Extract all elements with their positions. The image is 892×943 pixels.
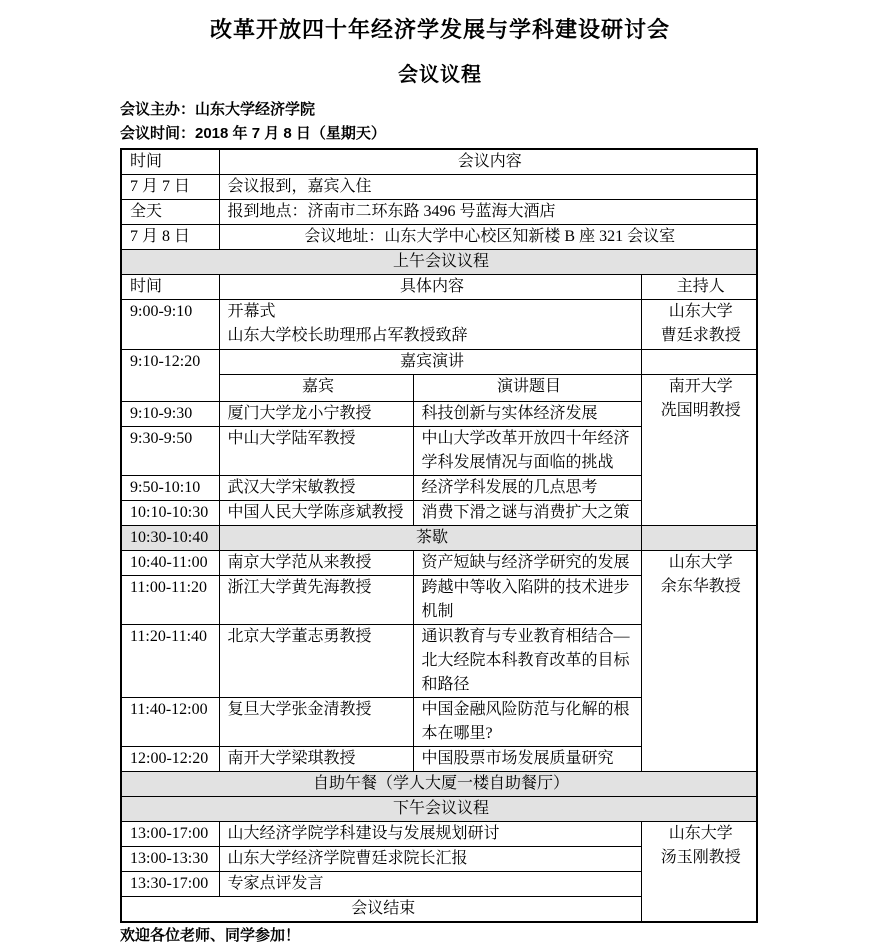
guest-cell: 中山大学陆军教授 xyxy=(219,427,413,476)
time-cell: 11:20-11:40 xyxy=(121,625,219,698)
time-cell: 7 月 7 日 xyxy=(121,175,219,200)
time-cell: 12:00-12:20 xyxy=(121,747,219,772)
time-cell: 10:30-10:40 xyxy=(121,526,219,551)
guest-cell: 武汉大学宋敏教授 xyxy=(219,476,413,501)
time-cell: 全天 xyxy=(121,200,219,225)
footer-note: 欢迎各位老师、同学参加！ xyxy=(120,926,760,943)
agenda-table: 时间 会议内容 7 月 7 日 会议报到，嘉宾入住 全天 报到地点：济南市二环东… xyxy=(120,148,758,923)
time-cell: 9:10-12:20 xyxy=(121,350,219,402)
pre-row-hotel: 全天 报到地点：济南市二环东路 3496 号蓝海大酒店 xyxy=(121,200,757,225)
tea-break-row: 10:30-10:40 茶歇 xyxy=(121,526,757,551)
moderator-header-cell: 主持人 xyxy=(641,275,757,300)
moderator-cell: 山东大学 汤玉刚教授 xyxy=(641,822,757,923)
time-cell: 11:40-12:00 xyxy=(121,698,219,747)
time-cell: 9:00-9:10 xyxy=(121,300,219,350)
moderator-cell: 山东大学 余东华教授 xyxy=(641,551,757,772)
content-cell: 会议报到，嘉宾入住 xyxy=(219,175,757,200)
content-header-cell: 会议内容 xyxy=(219,149,757,175)
time-cell: 11:00-11:20 xyxy=(121,576,219,625)
keynote-label-cell: 嘉宾演讲 xyxy=(219,350,641,375)
topic-cell: 资产短缺与经济学研究的发展 xyxy=(413,551,641,576)
topic-cell: 通识教育与专业教育相结合—北大经院本科教育改革的目标和路径 xyxy=(413,625,641,698)
guest-cell: 厦门大学龙小宁教授 xyxy=(219,402,413,427)
lunch-row: 自助午餐（学人大厦一楼自助餐厅） xyxy=(121,772,757,797)
time-cell: 13:30-17:00 xyxy=(121,872,219,897)
content-cell: 会议地址：山东大学中心校区知新楼 B 座 321 会议室 xyxy=(219,225,757,250)
guest-cell: 南开大学梁琪教授 xyxy=(219,747,413,772)
content-cell: 山大经济学院学科建设与发展规划研讨 xyxy=(219,822,641,847)
moderator-cell: 山东大学 曹廷求教授 xyxy=(641,300,757,350)
topic-cell: 科技创新与实体经济发展 xyxy=(413,402,641,427)
lunch-band: 自助午餐（学人大厦一楼自助餐厅） xyxy=(121,772,757,797)
time-cell: 13:00-13:30 xyxy=(121,847,219,872)
topic-header-cell: 演讲题目 xyxy=(413,375,641,402)
time-cell: 7 月 8 日 xyxy=(121,225,219,250)
closing-cell: 会议结束 xyxy=(121,897,641,923)
pre-row-checkin: 7 月 7 日 会议报到，嘉宾入住 xyxy=(121,175,757,200)
morning-header-row: 时间 具体内容 主持人 xyxy=(121,275,757,300)
content-cell: 山东大学经济学院曹廷求院长汇报 xyxy=(219,847,641,872)
guest-cell: 中国人民大学陈彦斌教授 xyxy=(219,501,413,526)
time-cell: 9:50-10:10 xyxy=(121,476,219,501)
guest-cell: 复旦大学张金清教授 xyxy=(219,698,413,747)
host-line: 会议主办：山东大学经济学院 xyxy=(120,100,760,120)
guest-cell: 北京大学董志勇教授 xyxy=(219,625,413,698)
content-cell: 报到地点：济南市二环东路 3496 号蓝海大酒店 xyxy=(219,200,757,225)
topic-cell: 中山大学改革开放四十年经济学科发展情况与面临的挑战 xyxy=(413,427,641,476)
time-header-cell: 时间 xyxy=(121,149,219,175)
section-band-afternoon: 下午会议议程 xyxy=(121,797,757,822)
topic-cell: 经济学科发展的几点思考 xyxy=(413,476,641,501)
document-page: 改革开放四十年经济学发展与学科建设研讨会 会议议程 会议主办：山东大学经济学院 … xyxy=(120,16,760,943)
topic-cell: 中国股票市场发展质量研究 xyxy=(413,747,641,772)
section-band-morning: 上午会议议程 xyxy=(121,250,757,275)
page-subtitle: 会议议程 xyxy=(120,62,760,88)
date-line: 会议时间：2018 年 7 月 8 日（星期天） xyxy=(120,124,760,144)
topic-cell: 跨越中等收入陷阱的技术进步机制 xyxy=(413,576,641,625)
page-title: 改革开放四十年经济学发展与学科建设研讨会 xyxy=(120,16,760,44)
afternoon-row: 13:00-17:00 山大经济学院学科建设与发展规划研讨 山东大学 汤玉刚教授 xyxy=(121,822,757,847)
opening-row: 9:00-9:10 开幕式 山东大学校长助理邢占军教授致辞 山东大学 曹廷求教授 xyxy=(121,300,757,350)
tea-break-label-cell: 茶歇 xyxy=(219,526,641,551)
time-cell: 9:10-9:30 xyxy=(121,402,219,427)
moderator-empty-cell xyxy=(641,526,757,551)
content-cell: 专家点评发言 xyxy=(219,872,641,897)
keynote-label-row: 9:10-12:20 嘉宾演讲 xyxy=(121,350,757,375)
moderator-cell: 南开大学 冼国明教授 xyxy=(641,375,757,526)
guest-header-cell: 嘉宾 xyxy=(219,375,413,402)
time-cell: 10:10-10:30 xyxy=(121,501,219,526)
afternoon-section-row: 下午会议议程 xyxy=(121,797,757,822)
talk-row: 10:40-11:00 南京大学范从来教授 资产短缺与经济学研究的发展 山东大学… xyxy=(121,551,757,576)
content-header-cell: 具体内容 xyxy=(219,275,641,300)
moderator-empty-cell xyxy=(641,350,757,375)
guest-cell: 南京大学范从来教授 xyxy=(219,551,413,576)
topic-cell: 消费下滑之谜与消费扩大之策 xyxy=(413,501,641,526)
time-cell: 9:30-9:50 xyxy=(121,427,219,476)
topic-cell: 中国金融风险防范与化解的根本在哪里? xyxy=(413,698,641,747)
time-header-cell: 时间 xyxy=(121,275,219,300)
guest-cell: 浙江大学黄先海教授 xyxy=(219,576,413,625)
time-cell: 13:00-17:00 xyxy=(121,822,219,847)
pre-header-row: 时间 会议内容 xyxy=(121,149,757,175)
time-cell: 10:40-11:00 xyxy=(121,551,219,576)
pre-row-venue: 7 月 8 日 会议地址：山东大学中心校区知新楼 B 座 321 会议室 xyxy=(121,225,757,250)
morning-section-row: 上午会议议程 xyxy=(121,250,757,275)
content-cell: 开幕式 山东大学校长助理邢占军教授致辞 xyxy=(219,300,641,350)
